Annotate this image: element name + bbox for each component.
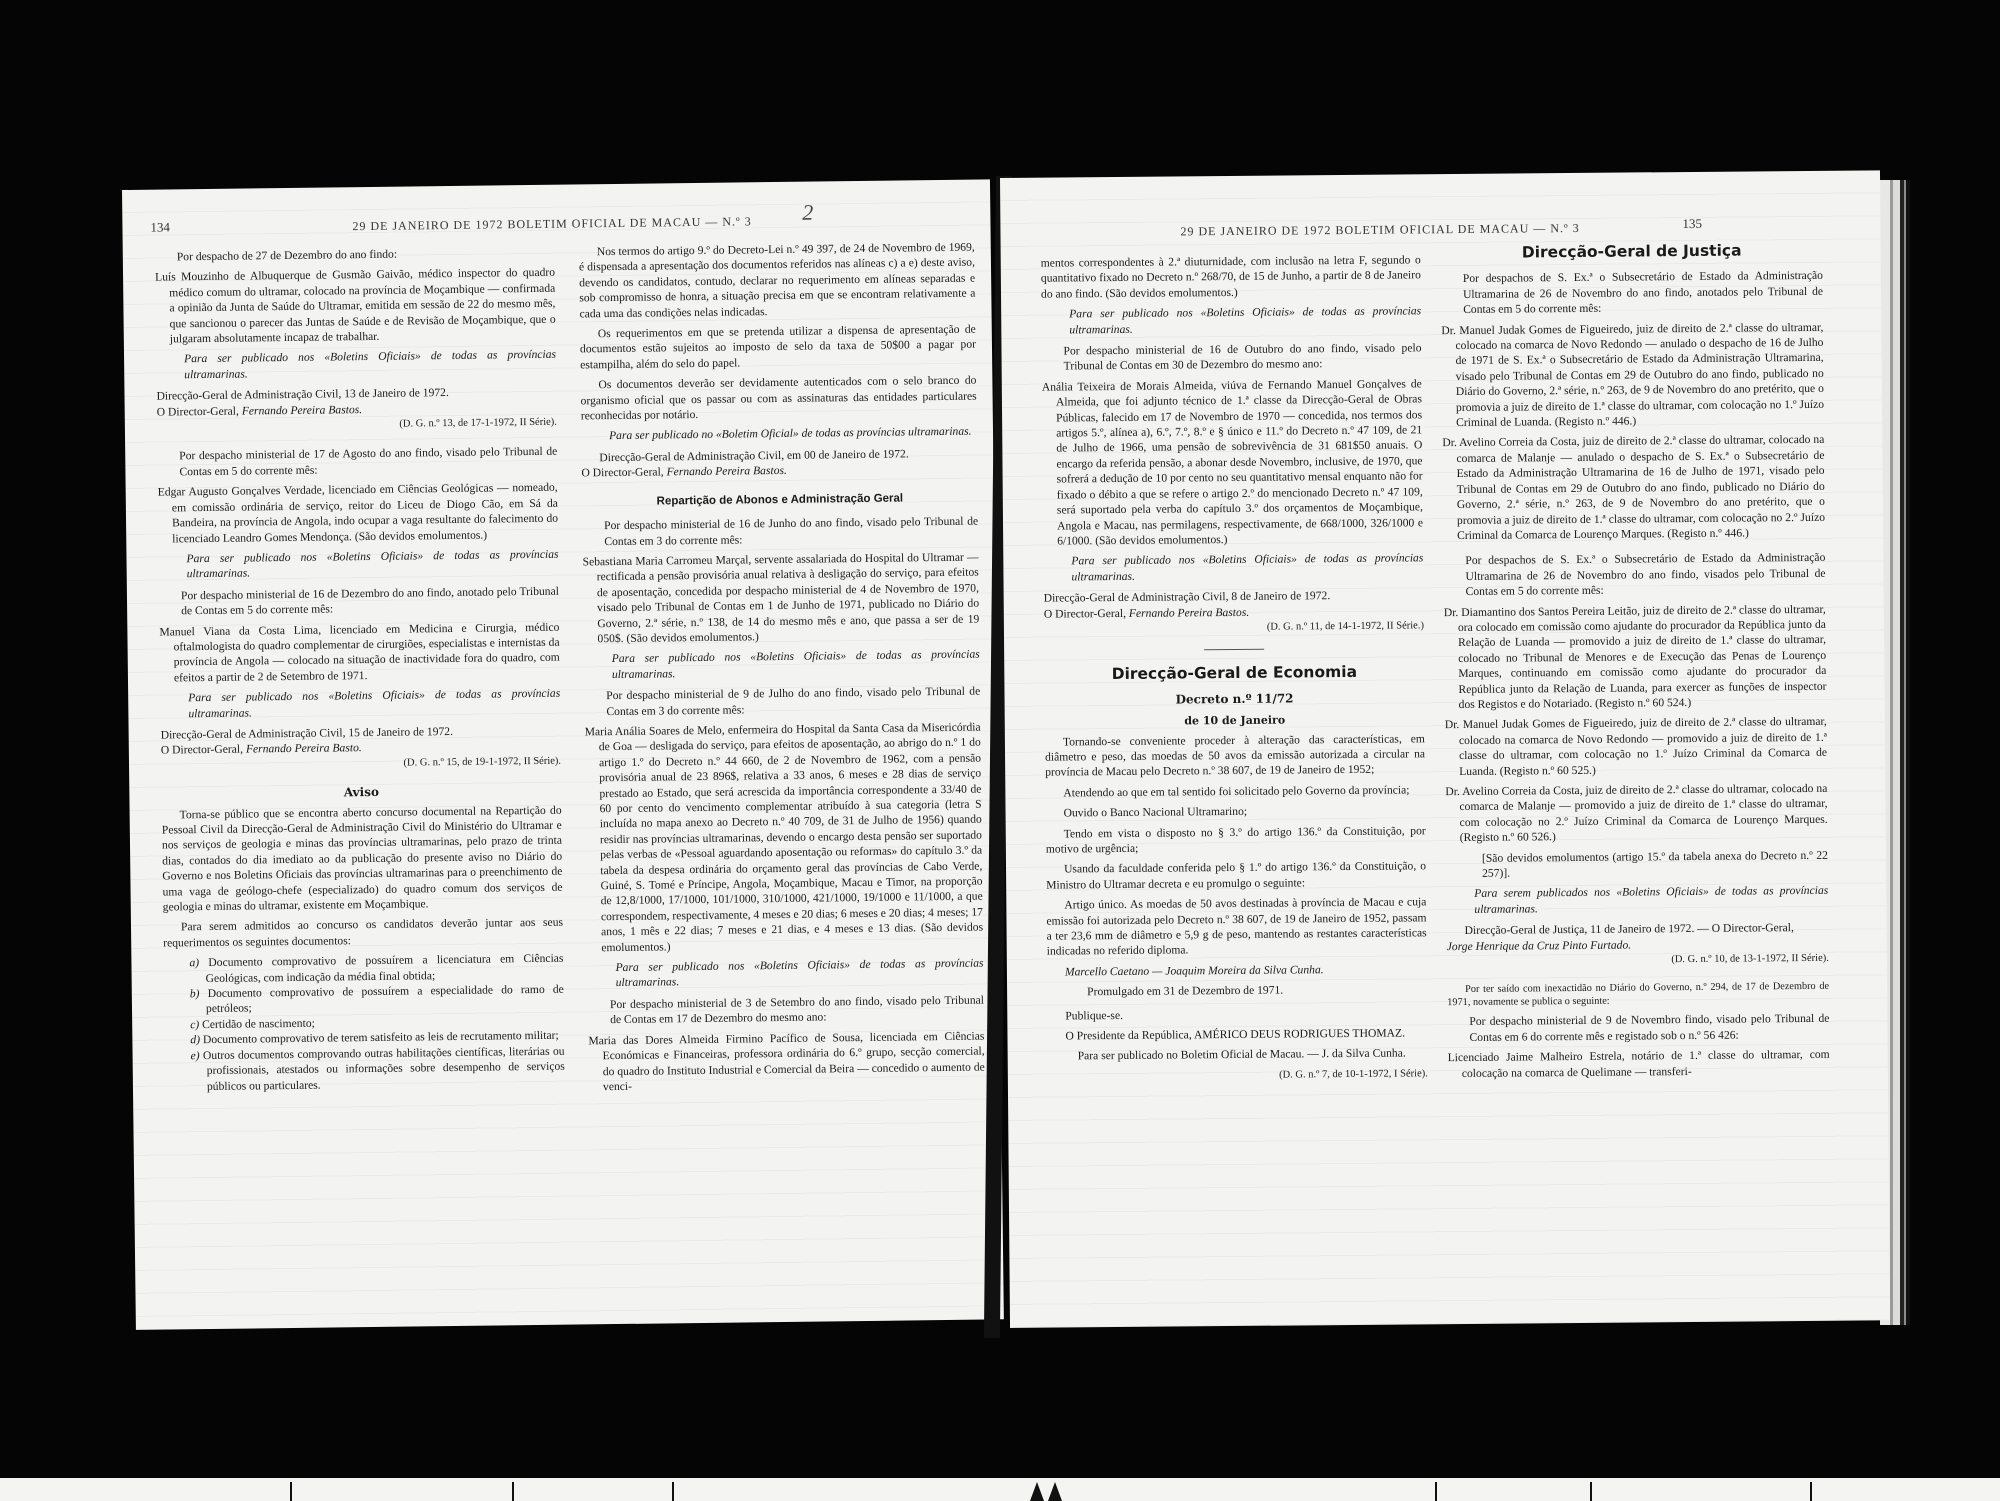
publication-note: Para ser publicado nos «Boletins Oficiai… <box>584 647 980 683</box>
dispatch-entry: Sebastiana Maria Carromeu Marçal, serven… <box>582 549 979 646</box>
publication-note: Para ser publicado nos «Boletins Oficiai… <box>587 956 983 992</box>
list-item: a) Documento comprovativo de possuírem a… <box>189 951 563 986</box>
dispatch-entry: Maria Anália Soares de Melo, enfermeira … <box>585 720 984 956</box>
aviso-paragraph: Nos termos do artigo 9.º do Decreto-Lei … <box>579 240 976 322</box>
decree-paragraph: Tendo em vista o disposto no § 3.º do ar… <box>1046 823 1426 857</box>
section-heading: Direcção-Geral de Justiça <box>1441 243 1823 262</box>
list-marker: d) <box>190 1033 200 1046</box>
decree-title: Decreto n.º 11/72 <box>1044 690 1424 709</box>
dispatch-entry: Dr. Avelino Correia da Costa, juiz de di… <box>1442 432 1825 543</box>
publication-note: Para serem publicados nos «Boletins Ofic… <box>1446 883 1828 917</box>
decree-article: Artigo único. As moedas de 50 avos desti… <box>1046 895 1427 960</box>
required-documents-list: a) Documento comprovativo de possuírem a… <box>163 951 565 1095</box>
list-marker: e) <box>190 1049 199 1062</box>
correction-note: Por ter saído com inexactidão no Diário … <box>1447 980 1829 1009</box>
aviso-paragraph: Os requerimentos em que se pretenda util… <box>580 322 977 373</box>
dispatch-continuation: mentos correspondentes à 2.ª diuturnidad… <box>1041 252 1421 302</box>
decree-date: de 10 de Janeiro <box>1045 711 1425 730</box>
left-column-2: Nos termos do artigo 9.º do Decreto-Lei … <box>579 240 985 1100</box>
publication-note: Para ser publicado no «Boletim Oficial» … <box>581 424 977 444</box>
section-heading: Repartição de Abonos e Administração Ger… <box>582 490 978 510</box>
list-marker: a) <box>189 956 199 969</box>
decree-paragraph: Atendendo ao que em tal sentido foi soli… <box>1045 782 1425 801</box>
list-marker: b) <box>190 987 200 1000</box>
list-item-text: Certidão de nascimento; <box>202 1017 315 1031</box>
page-number: 134 <box>150 219 170 235</box>
publication-note: Para ser publicado nos «Boletins Oficiai… <box>1041 304 1421 338</box>
dispatch-intro: Por despachos de S. Ex.ª o Subsecretário… <box>1443 550 1825 600</box>
dispatch-entry: Dr. Manuel Judak Gomes de Figueiredo, ju… <box>1441 319 1824 430</box>
dispatch-entry: Licenciado Jaime Malheiro Estrela, notár… <box>1448 1047 1830 1081</box>
dispatch-intro: Por despacho de 27 de Dezembro do ano fi… <box>155 245 555 265</box>
decree-signers: Marcello Caetano — Joaquim Moreira da Si… <box>1047 961 1427 980</box>
film-edge-strip <box>0 1478 2000 1501</box>
list-item: b) Documento comprovativo de possuírem a… <box>190 982 564 1017</box>
dispatch-intro: Por despacho ministerial de 16 de Dezemb… <box>159 583 559 619</box>
publication-note: Para ser publicado nos «Boletins Oficiai… <box>156 347 556 383</box>
microfilm-scan: 134 29 DE JANEIRO DE 1972 BOLETIM OFICIA… <box>0 0 2000 1501</box>
right-column-1: mentos correspondentes à 2.ª diuturnidad… <box>1041 252 1428 1099</box>
promulgation-date: Promulgado em 31 de Dezembro de 1971. <box>1047 982 1427 1001</box>
president-line: O Presidente da República, AMÉRICO DEUS … <box>1047 1025 1427 1044</box>
dispatch-entry: Dr. Diamantino dos Santos Pereira Leitão… <box>1444 601 1827 712</box>
running-head: 29 DE JANEIRO DE 1972 BOLETIM OFICIAL DE… <box>1180 221 1579 239</box>
list-marker: c) <box>190 1018 199 1031</box>
dispatch-entry: Edgar Augusto Gonçalves Verdade, licenci… <box>158 480 559 547</box>
signature-name: Fernando Pereira Bastos. <box>666 464 786 478</box>
list-item-text: Outros documentos comprovando outras hab… <box>203 1044 565 1092</box>
left-column-1: Por despacho de 27 de Dezembro do ano fi… <box>155 245 565 1101</box>
dispatch-intro: Por despachos de S. Ex.ª o Subsecretário… <box>1441 268 1823 318</box>
list-item: e) Outros documentos comprovando outras … <box>190 1043 565 1094</box>
right-page: 29 DE JANEIRO DE 1972 BOLETIM OFICIAL DE… <box>1000 170 1890 1328</box>
right-column-2: Direcção-Geral de Justiça Por despachos … <box>1441 241 1830 1086</box>
gazette-reference: (D. G. n.º 10, de 13-1-1972, II Série). <box>1447 951 1829 970</box>
aviso-paragraph: Torna-se público que se encontra aberto … <box>162 802 563 915</box>
running-head: 29 DE JANEIRO DE 1972 BOLETIM OFICIAL DE… <box>352 214 751 234</box>
dispatch-entry: Manuel Viana da Costa Lima, licenciado e… <box>159 619 560 686</box>
signature-name: Fernando Pereira Bastos. <box>1129 605 1249 619</box>
publication-note: Para ser publicado nos «Boletins Oficiai… <box>1043 551 1423 585</box>
left-page: 134 29 DE JANEIRO DE 1972 BOLETIM OFICIA… <box>122 179 1004 1330</box>
list-item-text: Documento comprovativo de possuírem a li… <box>206 952 564 985</box>
signature-label: O Director-Geral, <box>1044 606 1126 620</box>
gazette-reference: (D. G. n.º 7, de 10-1-1972, I Série). <box>1048 1066 1428 1085</box>
signature-label: O Director-Geral, <box>161 743 243 757</box>
decree-paragraph: Usando da faculdade conferida pelo § 1.º… <box>1046 859 1426 893</box>
signature-name: Fernando Pereira Basto. <box>246 741 362 755</box>
dispatch-intro: Por despacho ministerial de 16 de Outubr… <box>1041 340 1421 374</box>
section-divider <box>1204 649 1264 651</box>
dispatch-intro: Por despacho ministerial de 9 de Julho d… <box>584 684 980 720</box>
dispatch-entry: Luís Mouzinho de Albuquerque de Gusmão G… <box>155 265 556 347</box>
section-heading: Direcção-Geral de Economia <box>1044 665 1424 684</box>
dispatch-intro: Por despacho ministerial de 3 de Setembr… <box>588 992 984 1028</box>
dispatch-entry: Anália Teixeira de Morais Almeida, viúva… <box>1042 376 1423 549</box>
decree-paragraph: Ouvido o Banco Nacional Ultramarino; <box>1045 802 1425 821</box>
publication-note: Para ser publicado no Boletim Oficial de… <box>1048 1046 1428 1065</box>
handwritten-mark: 2 <box>802 200 813 226</box>
aviso-paragraph: Os documentos deverão ser devidamente au… <box>580 373 977 424</box>
signature-label: O Director-Geral, <box>157 404 239 418</box>
signature-label: O Director-Geral, <box>581 466 663 480</box>
dispatch-intro: Por despacho ministerial de 16 de Junho … <box>582 514 978 550</box>
publication-note: Para ser publicado nos «Boletins Oficiai… <box>158 547 558 583</box>
fees-note: [São devidos emolumentos (artigo 15.º da… <box>1446 847 1828 881</box>
signature-name: Fernando Pereira Bastos. <box>242 403 362 417</box>
aviso-heading: Aviso <box>161 783 561 803</box>
list-item-text: Documento comprovativo de possuírem a es… <box>206 983 564 1016</box>
decree-paragraph: Tornando-se conveniente proceder à alter… <box>1045 731 1425 781</box>
publique-line: Publique-se. <box>1047 1005 1427 1024</box>
dispatch-entry: Dr. Avelino Correia da Costa, juiz de di… <box>1445 781 1828 846</box>
dispatch-intro: Por despacho ministerial de 9 de Novembr… <box>1447 1011 1829 1045</box>
dispatch-entry: Maria das Dores Almeida Firmino Pacífico… <box>588 1028 985 1094</box>
dispatch-entry: Dr. Manuel Judak Gomes de Figueiredo, ju… <box>1445 714 1828 779</box>
publication-note: Para ser publicado nos «Boletins Oficiai… <box>160 686 560 722</box>
page-number: 135 <box>1682 216 1702 232</box>
dispatch-intro: Por despacho ministerial de 17 de Agosto… <box>157 444 557 480</box>
aviso-paragraph: Para serem admitidos ao concurso os cand… <box>163 915 563 951</box>
